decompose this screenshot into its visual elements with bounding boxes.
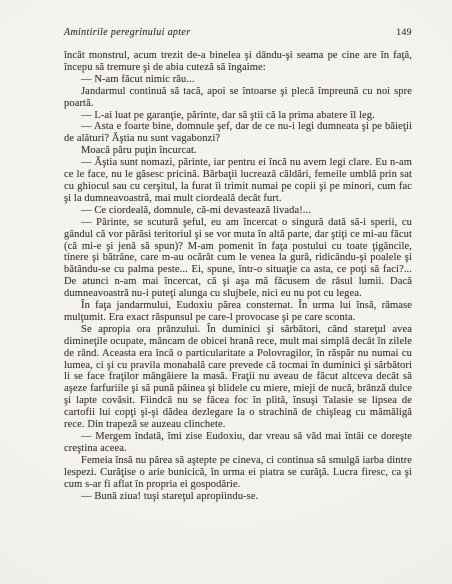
page-number: 149 (396, 27, 412, 39)
dialogue-paragraph: — Asta e foarte bine, domnule şef, dar d… (64, 121, 412, 145)
page-header: Amintirile peregrinului apter 149 (64, 27, 412, 39)
paragraph: În faţa jandarmului, Eudoxiu părea const… (64, 300, 412, 324)
paragraph: Moacă păru puţin încurcat. (64, 145, 412, 157)
dialogue-paragraph: — Bună ziua! tuşi stareţul apropiindu-se… (64, 491, 412, 503)
dialogue-paragraph: — Ce ciordeală, domnule, că-mi devasteaz… (64, 205, 412, 217)
dialogue-paragraph: — Ăştia sunt nomazi, părinte, iar pentru… (64, 157, 412, 205)
paragraph: încât monstrul, acum trezit de-a binelea… (64, 50, 412, 74)
dialogue-paragraph: — L-ai luat pe garanţie, părinte, dar să… (64, 110, 412, 122)
book-page: Amintirile peregrinului apter 149 încât … (0, 0, 452, 584)
dialogue-paragraph: — Părinte, se scutură şeful, eu am încer… (64, 217, 412, 300)
paragraph: Femeia însă nu părea să aştepte pe cinev… (64, 455, 412, 491)
paragraph: Jandarmul continuă să tacă, apoi se înto… (64, 86, 412, 110)
running-title: Amintirile peregrinului apter (64, 27, 190, 39)
text-block: încât monstrul, acum trezit de-a binelea… (64, 50, 412, 502)
dialogue-paragraph: — Mergem îndată, îmi zise Eudoxiu, dar v… (64, 431, 412, 455)
dialogue-paragraph: — N-am făcut nimic rău... (64, 74, 412, 86)
paragraph: Se apropia ora prânzului. În duminici şi… (64, 324, 412, 431)
